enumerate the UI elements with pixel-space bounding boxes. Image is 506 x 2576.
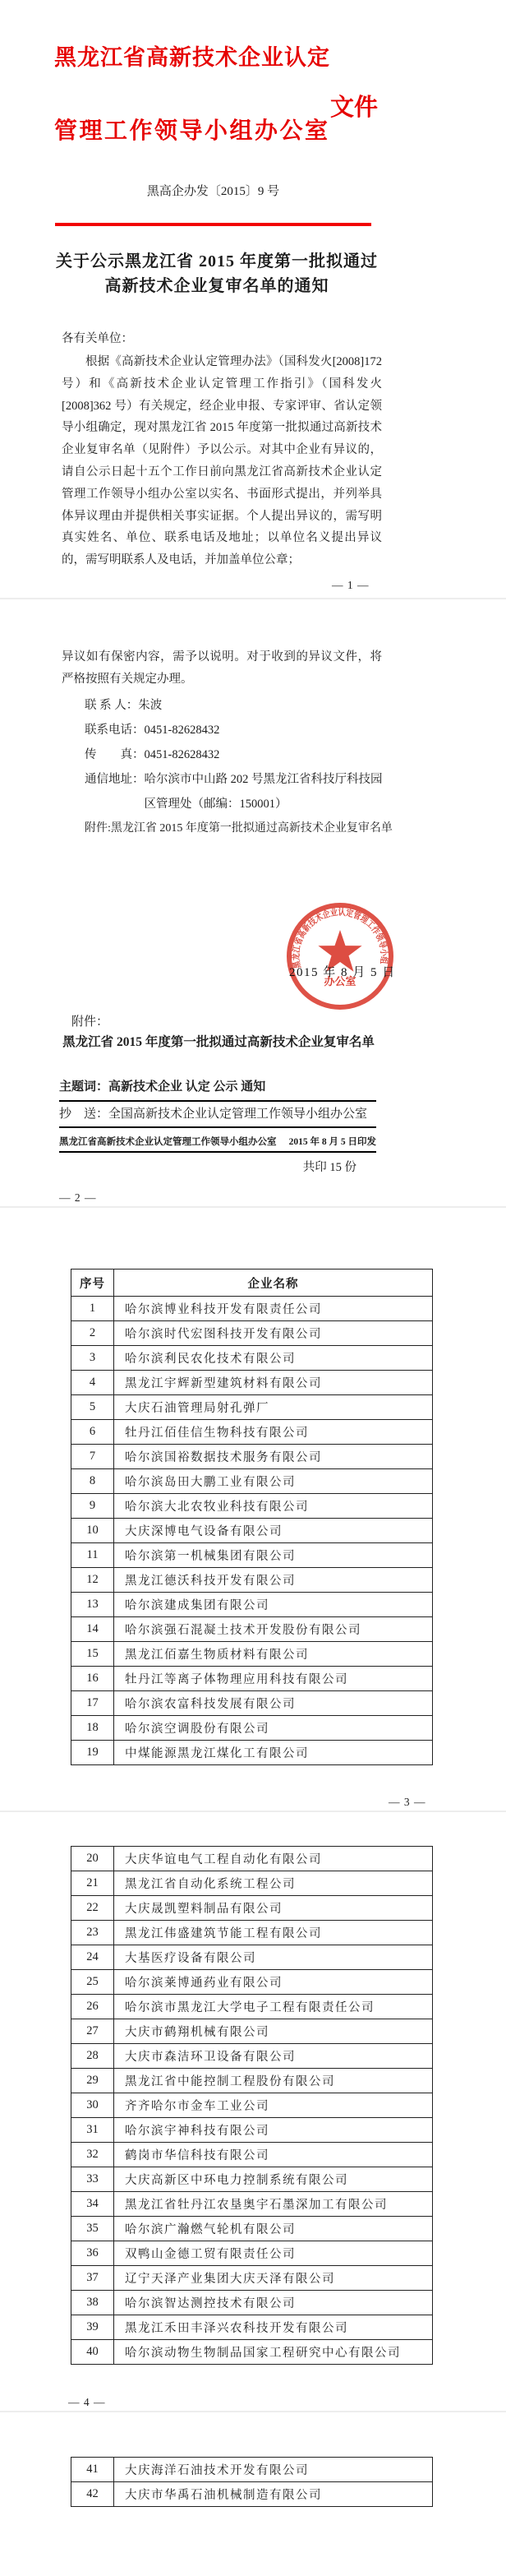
company-table-header-row: 序号 企业名称: [71, 1270, 433, 1297]
company-serial: 33: [71, 2167, 114, 2192]
company-serial: 20: [71, 1847, 114, 1871]
company-serial: 28: [71, 2044, 114, 2069]
company-serial: 14: [71, 1617, 114, 1642]
company-row: 24大基医疗设备有限公司: [71, 1945, 433, 1970]
contact-address-value: 哈尔滨市中山路 202 号黑龙江省科技厅科技园区管理处（邮编：150001）: [145, 767, 384, 816]
company-serial: 35: [71, 2217, 114, 2241]
org-name-line1: 黑龙江省高新技术企业认定: [54, 39, 330, 72]
contact-address-label: 通信地址：: [85, 767, 145, 816]
company-row: 33大庆高新区中环电力控制系统有限公司: [71, 2167, 433, 2192]
contact-address-row: 通信地址： 哈尔滨市中山路 202 号黑龙江省科技厅科技园区管理处（邮编：150…: [85, 767, 385, 816]
company-serial: 13: [71, 1593, 114, 1617]
company-row: 18哈尔滨空调股份有限公司: [71, 1716, 433, 1741]
print-copies: 共印 15 份: [59, 1158, 356, 1175]
company-name: 哈尔滨强石混凝土技术开发股份有限公司: [114, 1617, 433, 1642]
company-name: 齐齐哈尔市金车工业公司: [114, 2093, 433, 2118]
company-name: 双鸭山金德工贸有限责任公司: [114, 2241, 433, 2266]
company-name: 哈尔滨岛田大鹏工业有限公司: [114, 1469, 433, 1494]
company-row: 25哈尔滨莱博通药业有限公司: [71, 1970, 433, 1995]
company-serial: 18: [71, 1716, 114, 1741]
contact-phone-value: 0451-82628432: [145, 718, 384, 742]
org-name-line2: 管理工作领导小组办公室: [54, 113, 330, 146]
company-serial: 24: [71, 1945, 114, 1970]
cc-row: 抄 送：全国高新技术企业认定管理工作领导小组办公室: [59, 1104, 376, 1128]
attachment-note-line: 附件:黑龙江省 2015 年度第一批拟通过高新技术企业复审名单: [85, 816, 385, 841]
company-name: 大庆市华禹石油机械制造有限公司: [114, 2482, 433, 2507]
page-marker-4: — 4 —: [68, 2396, 106, 2409]
company-serial: 12: [71, 1568, 114, 1593]
company-row: 36双鸭山金德工贸有限责任公司: [71, 2241, 433, 2266]
company-serial: 8: [71, 1469, 114, 1494]
company-row: 32鹤岗市华信科技有限公司: [71, 2143, 433, 2167]
company-row: 26哈尔滨市黑龙江大学电子工程有限责任公司: [71, 1995, 433, 2019]
company-name: 哈尔滨大北农牧业科技有限公司: [114, 1494, 433, 1519]
issuer-name: 黑龙江省高新技术企业认定管理工作领导小组办公室: [59, 1135, 277, 1148]
contact-fax-row: 传 真： 0451-82628432: [85, 742, 385, 767]
company-row: 40哈尔滨动物生物制品国家工程研究中心有限公司: [71, 2340, 433, 2365]
subject-label: 主题词：: [59, 1080, 108, 1094]
header-serial: 序号: [71, 1270, 114, 1297]
company-row: 11哈尔滨第一机械集团有限公司: [71, 1543, 433, 1568]
company-row: 41大庆海洋石油技术开发有限公司: [71, 2458, 433, 2482]
company-name: 哈尔滨动物生物制品国家工程研究中心有限公司: [114, 2340, 433, 2365]
company-name: 哈尔滨时代宏图科技开发有限公司: [114, 1321, 433, 1346]
company-serial: 38: [71, 2291, 114, 2315]
page-marker-2: — 2 —: [59, 1191, 97, 1205]
company-name: 中煤能源黑龙江煤化工有限公司: [114, 1741, 433, 1765]
company-row: 19中煤能源黑龙江煤化工有限公司: [71, 1741, 433, 1765]
company-row: 34黑龙江省牡丹江农垦奥宇石墨深加工有限公司: [71, 2192, 433, 2217]
official-seal: 黑龙江省高新技术企业认定管理工作领导小组 办公室: [284, 900, 396, 1012]
company-row: 39黑龙江禾田丰泽兴农科技开发有限公司: [71, 2315, 433, 2340]
page-separator-3: [0, 1811, 506, 1812]
company-name: 哈尔滨宇神科技有限公司: [114, 2118, 433, 2143]
contact-fax-value: 0451-82628432: [145, 742, 384, 767]
page-separator-1: [0, 598, 506, 599]
company-row: 16牡丹江等离子体物理应用科技有限公司: [71, 1667, 433, 1691]
company-row: 10大庆深博电气设备有限公司: [71, 1519, 433, 1543]
company-row: 35哈尔滨广瀚燃气轮机有限公司: [71, 2217, 433, 2241]
company-row: 23黑龙江伟盛建筑节能工程有限公司: [71, 1921, 433, 1945]
cc-value: 全国高新技术企业认定管理工作领导小组办公室: [108, 1108, 367, 1121]
company-name: 大庆石油管理局射孔弹厂: [114, 1395, 433, 1420]
company-name: 大庆晟凯塑料制品有限公司: [114, 1896, 433, 1921]
company-table-page3: 序号 企业名称 1哈尔滨博业科技开发有限责任公司2哈尔滨时代宏图科技开发有限公司…: [71, 1269, 433, 1765]
company-serial: 23: [71, 1921, 114, 1945]
company-row: 17哈尔滨农富科技发展有限公司: [71, 1691, 433, 1716]
attachment-label: 附件：: [71, 1012, 108, 1029]
notice-title-line2: 高新技术企业复审名单的通知: [105, 277, 329, 295]
cc-label: 抄 送：: [59, 1108, 108, 1121]
company-name: 大庆海洋石油技术开发有限公司: [114, 2458, 433, 2482]
company-serial: 3: [71, 1346, 114, 1371]
contact-person-value: 朱波: [138, 693, 378, 718]
company-row: 13哈尔滨建成集团有限公司: [71, 1593, 433, 1617]
company-serial: 16: [71, 1667, 114, 1691]
company-serial: 9: [71, 1494, 114, 1519]
document-number: 黑高企办发〔2015〕9 号: [55, 182, 371, 199]
company-row: 6牡丹江佰佳信生物科技有限公司: [71, 1420, 433, 1445]
company-name: 牡丹江等离子体物理应用科技有限公司: [114, 1667, 433, 1691]
company-serial: 7: [71, 1445, 114, 1469]
doc-type-label: 文件: [330, 89, 378, 123]
company-name: 哈尔滨第一机械集团有限公司: [114, 1543, 433, 1568]
company-row: 5大庆石油管理局射孔弹厂: [71, 1395, 433, 1420]
company-row: 38哈尔滨智达测控技术有限公司: [71, 2291, 433, 2315]
company-row: 12黑龙江德沃科技开发有限公司: [71, 1568, 433, 1593]
company-row: 9哈尔滨大北农牧业科技有限公司: [71, 1494, 433, 1519]
print-date: 2015 年 8 月 5 日印发: [289, 1135, 376, 1148]
body-paragraph-2: 异议如有保密内容，需予以说明。对于收到的异议文件，将严格按照有关规定办理。: [62, 646, 382, 691]
contact-person-label: 联 系 人：: [85, 693, 138, 718]
company-name: 哈尔滨建成集团有限公司: [114, 1593, 433, 1617]
company-name: 大基医疗设备有限公司: [114, 1945, 433, 1970]
company-row: 30齐齐哈尔市金车工业公司: [71, 2093, 433, 2118]
company-row: 8哈尔滨岛田大鹏工业有限公司: [71, 1469, 433, 1494]
company-serial: 34: [71, 2192, 114, 2217]
company-name: 哈尔滨农富科技发展有限公司: [114, 1691, 433, 1716]
company-serial: 39: [71, 2315, 114, 2340]
company-serial: 40: [71, 2340, 114, 2365]
header-company-name: 企业名称: [114, 1270, 433, 1297]
company-serial: 32: [71, 2143, 114, 2167]
seal-graphic: 黑龙江省高新技术企业认定管理工作领导小组 办公室: [284, 900, 396, 1012]
subject-keywords-row: 主题词：高新技术企业 认定 公示 通知: [59, 1077, 376, 1102]
company-table-page5: 41大庆海洋石油技术开发有限公司42大庆市华禹石油机械制造有限公司: [71, 2457, 433, 2507]
company-name: 哈尔滨空调股份有限公司: [114, 1716, 433, 1741]
company-name: 辽宁天泽产业集团大庆天泽有限公司: [114, 2266, 433, 2291]
company-name: 黑龙江德沃科技开发有限公司: [114, 1568, 433, 1593]
company-serial: 17: [71, 1691, 114, 1716]
company-serial: 21: [71, 1871, 114, 1896]
company-name: 哈尔滨利民农化技术有限公司: [114, 1346, 433, 1371]
body-paragraph-1: 根据《高新技术企业认定管理办法》（国科发火[2008]172 号）和《高新技术企…: [62, 351, 382, 571]
company-row: 21黑龙江省自动化系统工程公司: [71, 1871, 433, 1896]
company-name: 黑龙江省牡丹江农垦奥宇石墨深加工有限公司: [114, 2192, 433, 2217]
company-name: 哈尔滨博业科技开发有限责任公司: [114, 1297, 433, 1321]
company-row: 7哈尔滨国裕数据技术服务有限公司: [71, 1445, 433, 1469]
company-serial: 31: [71, 2118, 114, 2143]
issuer-row: 黑龙江省高新技术企业认定管理工作领导小组办公室 2015 年 8 月 5 日印发: [59, 1132, 376, 1153]
company-row: 15黑龙江佰嘉生物质材料有限公司: [71, 1642, 433, 1667]
subject-value: 高新技术企业 认定 公示 通知: [108, 1080, 265, 1094]
company-name: 黑龙江禾田丰泽兴农科技开发有限公司: [114, 2315, 433, 2340]
company-serial: 36: [71, 2241, 114, 2266]
company-name: 黑龙江省自动化系统工程公司: [114, 1871, 433, 1896]
company-name: 黑龙江佰嘉生物质材料有限公司: [114, 1642, 433, 1667]
company-name: 大庆市鹤翔机械有限公司: [114, 2019, 433, 2044]
company-serial: 2: [71, 1321, 114, 1346]
page-marker-1: — 1 —: [332, 579, 370, 592]
company-serial: 1: [71, 1297, 114, 1321]
company-row: 37辽宁天泽产业集团大庆天泽有限公司: [71, 2266, 433, 2291]
company-row: 20大庆华谊电气工程自动化有限公司: [71, 1847, 433, 1871]
company-serial: 6: [71, 1420, 114, 1445]
company-name: 大庆市森洁环卫设备有限公司: [114, 2044, 433, 2069]
company-name: 牡丹江佰佳信生物科技有限公司: [114, 1420, 433, 1445]
company-name: 黑龙江省中能控制工程股份有限公司: [114, 2069, 433, 2093]
company-row: 27大庆市鹤翔机械有限公司: [71, 2019, 433, 2044]
company-name: 哈尔滨国裕数据技术服务有限公司: [114, 1445, 433, 1469]
page-separator-2: [0, 1206, 506, 1208]
company-row: 22大庆晟凯塑料制品有限公司: [71, 1896, 433, 1921]
company-serial: 19: [71, 1741, 114, 1765]
company-serial: 10: [71, 1519, 114, 1543]
company-serial: 25: [71, 1970, 114, 1995]
attachment-title: 黑龙江省 2015 年度第一批拟通过高新技术企业复审名单: [46, 1032, 391, 1050]
company-row: 29黑龙江省中能控制工程股份有限公司: [71, 2069, 433, 2093]
contact-person-row: 联 系 人： 朱波: [85, 693, 385, 718]
company-serial: 27: [71, 2019, 114, 2044]
company-table-page4: 20大庆华谊电气工程自动化有限公司21黑龙江省自动化系统工程公司22大庆晟凯塑料…: [71, 1846, 433, 2365]
company-serial: 26: [71, 1995, 114, 2019]
company-name: 大庆华谊电气工程自动化有限公司: [114, 1847, 433, 1871]
company-name: 大庆深博电气设备有限公司: [114, 1519, 433, 1543]
contact-phone-label: 联系电话：: [85, 718, 145, 742]
company-name: 黑龙江伟盛建筑节能工程有限公司: [114, 1921, 433, 1945]
company-name: 黑龙江宇辉新型建筑材料有限公司: [114, 1371, 433, 1395]
page-separator-4: [0, 2411, 506, 2412]
company-row: 1哈尔滨博业科技开发有限责任公司: [71, 1297, 433, 1321]
company-serial: 5: [71, 1395, 114, 1420]
company-serial: 29: [71, 2069, 114, 2093]
company-row: 14哈尔滨强石混凝土技术开发股份有限公司: [71, 1617, 433, 1642]
company-name: 哈尔滨智达测控技术有限公司: [114, 2291, 433, 2315]
company-row: 42大庆市华禹石油机械制造有限公司: [71, 2482, 433, 2507]
notice-title-line1: 关于公示黑龙江省 2015 年度第一批拟通过: [56, 252, 378, 271]
notice-title: 关于公示黑龙江省 2015 年度第一批拟通过 高新技术企业复审名单的通知: [44, 249, 389, 298]
company-row: 4黑龙江宇辉新型建筑材料有限公司: [71, 1371, 433, 1395]
company-name: 哈尔滨广瀚燃气轮机有限公司: [114, 2217, 433, 2241]
company-row: 28大庆市森洁环卫设备有限公司: [71, 2044, 433, 2069]
salutation: 各有关单位：: [62, 329, 133, 346]
company-serial: 11: [71, 1543, 114, 1568]
page-marker-3: — 3 —: [389, 1796, 426, 1809]
company-name: 哈尔滨莱博通药业有限公司: [114, 1970, 433, 1995]
company-serial: 41: [71, 2458, 114, 2482]
company-serial: 15: [71, 1642, 114, 1667]
document-page: { "colors": { "header_red": "#e60000", "…: [0, 0, 506, 2576]
issue-date: 2015 年 8 月 5 日: [289, 963, 396, 980]
letterhead-divider: [55, 223, 371, 226]
company-row: 3哈尔滨利民农化技术有限公司: [71, 1346, 433, 1371]
company-name: 鹤岗市华信科技有限公司: [114, 2143, 433, 2167]
company-name: 大庆高新区中环电力控制系统有限公司: [114, 2167, 433, 2192]
company-row: 2哈尔滨时代宏图科技开发有限公司: [71, 1321, 433, 1346]
contact-block: 联 系 人： 朱波 联系电话： 0451-82628432 传 真： 0451-…: [85, 693, 385, 841]
company-serial: 22: [71, 1896, 114, 1921]
company-serial: 37: [71, 2266, 114, 2291]
contact-phone-row: 联系电话： 0451-82628432: [85, 718, 385, 742]
company-serial: 42: [71, 2482, 114, 2507]
company-name: 哈尔滨市黑龙江大学电子工程有限责任公司: [114, 1995, 433, 2019]
contact-fax-label: 传 真：: [85, 742, 145, 767]
company-row: 31哈尔滨宇神科技有限公司: [71, 2118, 433, 2143]
company-serial: 30: [71, 2093, 114, 2118]
company-serial: 4: [71, 1371, 114, 1395]
